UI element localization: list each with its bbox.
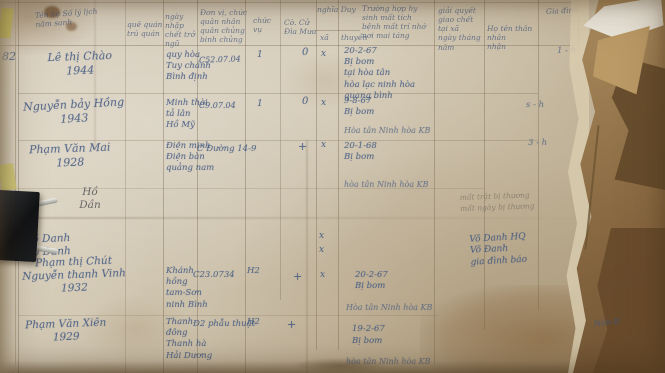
cell-case: 9-8-67 Bị bom <box>344 96 438 118</box>
header-case: Trường hợp hy sinh mất tích bệnh mất trí… <box>362 4 434 41</box>
grid-line-horizontal <box>18 315 438 316</box>
cell-mark: x <box>321 140 326 151</box>
cell-unit: C52.07.04 <box>199 54 241 65</box>
grid-line-horizontal <box>18 93 538 94</box>
cell-name: Lê thị Chào 1944 <box>30 48 131 79</box>
cell-case-location: hòa tân Ninh hòa KB <box>344 180 429 190</box>
grid-line-vertical <box>245 0 246 373</box>
torn-kraft-scrap <box>593 26 655 98</box>
cell-mark: + <box>287 318 296 332</box>
cell-case-location: hòa tân Ninh hòa KB <box>346 357 431 367</box>
grid-line-vertical <box>484 0 485 330</box>
bottom-edge-shadow <box>0 361 665 373</box>
header-nghia: nghĩa Duy <box>317 5 359 14</box>
cell-note: s - h <box>526 100 544 111</box>
grid-line-vertical <box>338 0 339 350</box>
header-note: Gia đình <box>546 5 586 16</box>
cell-mark: 0 <box>302 47 308 60</box>
header-nghia-sub-xa: xã <box>320 33 329 42</box>
cell-rank: H2 <box>247 266 260 277</box>
cell-rank: 1 <box>257 50 263 61</box>
grid-line-horizontal <box>0 2 578 3</box>
cell-mark: 0 <box>302 96 308 109</box>
header-resolve: giải quyết giao chết tại xã ngày tháng n… <box>438 6 484 52</box>
cell-unit: Đ2 phẫu thuật <box>193 319 255 330</box>
torn-white-scrap <box>581 0 664 43</box>
paper-scrap-yellow <box>0 7 14 38</box>
paper-stain <box>420 285 665 373</box>
grid-line-vertical <box>163 0 164 373</box>
cell-relative: Võ Danh HQ Võ Đanh gia đình báo <box>469 229 575 268</box>
cell-note: 1 - h <box>557 46 576 57</box>
cell-name: Phạm Văn Xiên 1929 <box>8 316 125 346</box>
crease-horizontal <box>0 217 600 219</box>
cell-case-location: Hòa tân Ninh hòa KB <box>344 126 430 136</box>
cell-unit: C23.0734 <box>193 270 235 281</box>
cell-name: Phạm Văn Mai 1928 <box>14 140 127 171</box>
cell-unit: C Đường 14-9 <box>197 144 256 155</box>
torn-kraft-dark <box>609 58 665 190</box>
cell-case: 20-2-67 Bị bom tại hòa tân hòa lạc ninh … <box>344 46 438 102</box>
cell-relative: mất trật bị thương mất ngày bị thương <box>460 188 573 214</box>
cell-name: Nguyễn bảy Hồng 1943 <box>17 95 130 128</box>
binder-clip-arm <box>33 197 58 207</box>
cell-mark: + <box>298 140 307 154</box>
grid-line-vertical <box>18 0 19 373</box>
torn-kraft-dark <box>593 228 665 373</box>
header-relative: Họ tên thân nhân nhận <box>487 24 541 51</box>
cell-mark: x <box>321 49 326 60</box>
cell-note: 3 - h <box>528 138 547 149</box>
cell-mark: x <box>320 270 325 281</box>
header-unit: Đơn vị, chức quân nhân quân chủng binh c… <box>200 8 248 45</box>
grid-line-vertical <box>316 0 317 350</box>
header-rank: chức vụ <box>253 16 279 34</box>
header-name: Tên họ Số lý lịch năm sanh <box>34 5 121 29</box>
paper-fiber <box>584 125 599 250</box>
header-enlist-date: ngày nhập chết trở ngũ <box>165 12 197 49</box>
cell-name: Phạm thị Chút Nguyễn thanh Vinh 1932 <box>11 254 136 297</box>
cell-case: 20-1-68 Bị bom <box>344 141 438 163</box>
cell-name: Hồ Dần <box>58 186 122 211</box>
cell-unit: C9.07.04 <box>199 101 236 111</box>
cell-mark: x <box>321 98 326 109</box>
cell-rank: H2 <box>247 317 260 328</box>
crease-vertical <box>306 140 308 373</box>
cell-case: 20-2-67 Bị bom <box>355 270 445 293</box>
cell-rank: 1 <box>257 99 263 110</box>
margin-note: Nón-B <box>594 317 620 330</box>
row-number: 82 <box>2 50 16 64</box>
cell-case-location: Hòa tân Ninh hòa KB <box>346 303 432 313</box>
cell-mark: x x <box>319 230 324 258</box>
header-hometown: quê quán trú quán <box>127 20 163 38</box>
cell-case: 19-2-67 Bị bom <box>352 324 442 348</box>
cell-mark: + <box>293 270 302 284</box>
ledger-photo: Tên họ Số lý lịch năm sanh quê quán trú … <box>0 0 665 373</box>
